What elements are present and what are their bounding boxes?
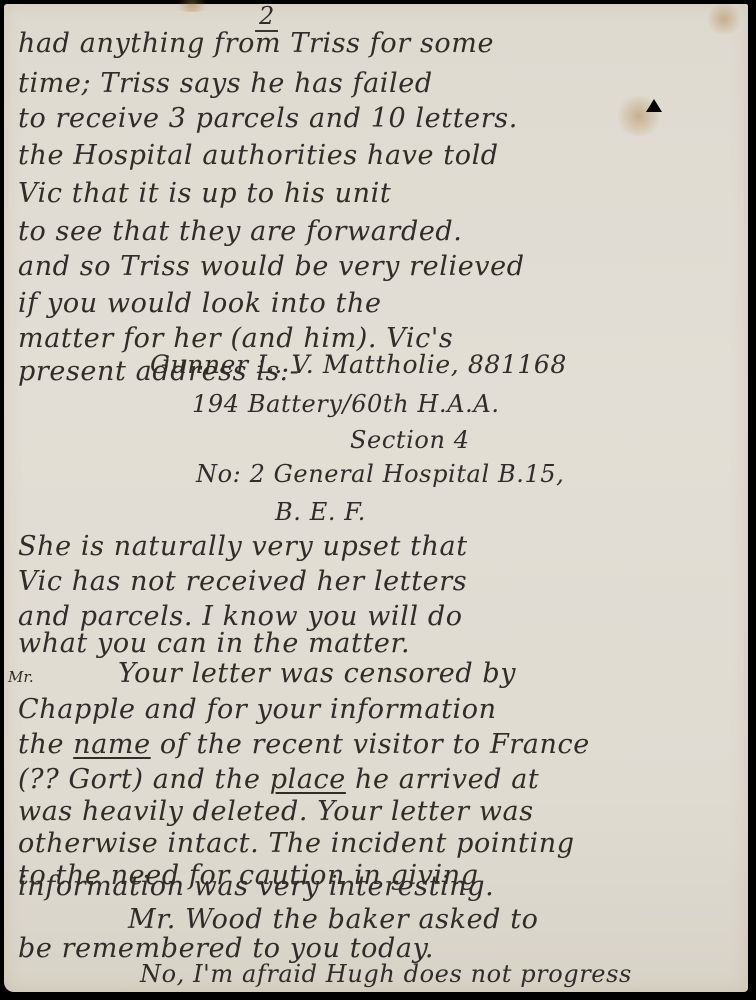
text-line: to receive 3 parcels and 10 letters.: [18, 105, 518, 132]
text-line: and so Triss would be very relieved: [18, 253, 525, 280]
paper-stain: [172, 0, 212, 12]
text-line: No, I'm afraid Hugh does not progress: [140, 962, 632, 986]
text-line: what you can in the matter.: [18, 630, 410, 657]
underlined-word: place: [270, 764, 346, 795]
margin-note: Mr.: [8, 668, 34, 686]
text-line: Vic has not received her letters: [18, 568, 467, 595]
text-line: time; Triss says he has failed: [18, 70, 433, 97]
text-line: She is naturally very upset that: [18, 533, 468, 560]
address-line: B. E. F.: [275, 500, 366, 524]
address-line: No: 2 General Hospital B.15,: [196, 462, 564, 486]
underlined-word: name: [73, 729, 150, 760]
text-line: otherwise intact. The incident pointing: [18, 830, 575, 857]
text-line: (?? Gort) and the place he arrived at: [18, 766, 539, 793]
address-line: Gunner L. V. Mattholie, 881168: [150, 352, 567, 377]
text-line: matter for her (and him). Vic's: [18, 325, 453, 352]
text-line: and parcels. I know you will do: [18, 603, 463, 630]
text-line: if you would look into the: [18, 290, 382, 317]
text-line: information was very interesting.: [18, 873, 494, 900]
text-line: Chapple and for your information: [18, 696, 497, 723]
text-line: the name of the recent visitor to France: [18, 731, 590, 758]
text-line: Mr. Wood the baker asked to: [128, 906, 539, 933]
paper-hole: [646, 99, 662, 112]
text-line: had anything from Triss for some: [18, 30, 494, 57]
text-line: Vic that it is up to his unit: [18, 180, 391, 207]
text-line: Your letter was censored by: [118, 660, 516, 687]
text-line: the Hospital authorities have told: [18, 142, 499, 169]
address-line: Section 4: [350, 428, 470, 452]
address-line: 194 Battery/60th H.A.A.: [192, 392, 500, 416]
text-line: was heavily deleted. Your letter was: [18, 798, 534, 825]
text-line: be remembered to you today.: [18, 935, 434, 962]
text-line: to see that they are forwarded.: [18, 218, 462, 245]
paper-stain: [704, 4, 744, 34]
